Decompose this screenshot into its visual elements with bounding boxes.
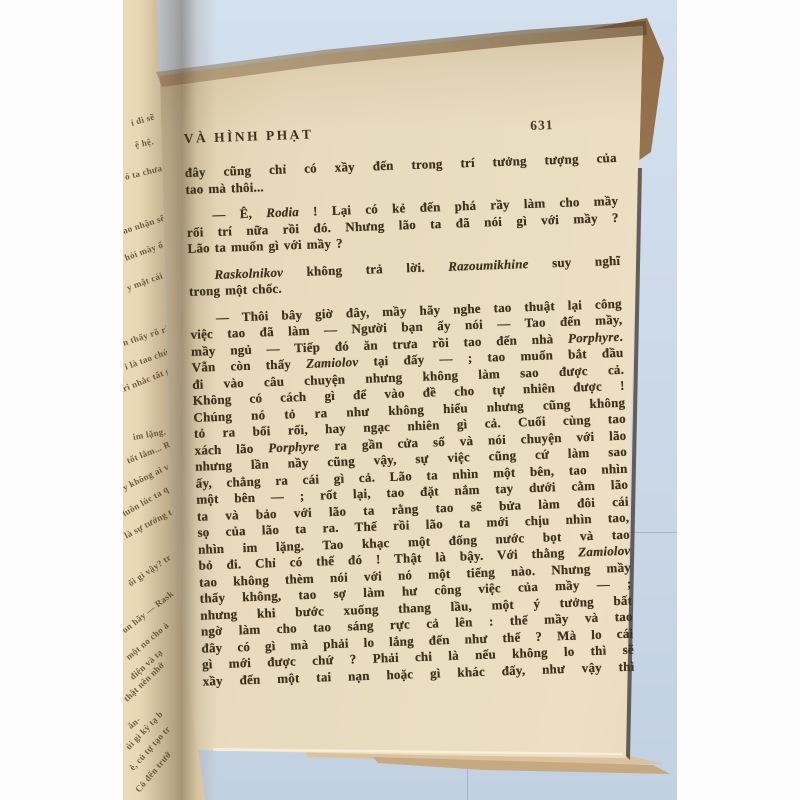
body-text: đây cũng chỉ có xầy đến trong trí tưởng … [185, 150, 635, 700]
text-segment: — Ê, [212, 205, 266, 222]
italic-name: Raskolnikov [214, 264, 283, 281]
text-segment: trong một chốc. [189, 281, 282, 299]
running-header-title: VÀ HÌNH PHẠT [183, 126, 313, 146]
italic-name: Zamiolov [578, 543, 631, 560]
page-number: 631 [530, 117, 554, 134]
paragraph: Raskolnikov không trả lời. Razoumikhine … [188, 252, 621, 300]
italic-name: Rodia [266, 204, 299, 220]
text-segment: suy nghĩ [528, 252, 620, 270]
italic-name: Razoumikhine [448, 256, 529, 274]
italic-name: Zamiolov [306, 354, 359, 371]
text-segment: . [619, 328, 623, 343]
text-segment: xách lão [194, 440, 268, 458]
book-photo-scan: ỉ đi sẽệ hệ.ó ta chưaao nhận sẽ khỏi mày… [0, 0, 800, 800]
paragraph: — Thôi bây giờ đây, mầy hãy nghe tao thu… [190, 295, 635, 689]
text-segment: tao mà thôi... [185, 179, 264, 197]
photo-background: ỉ đi sẽệ hệ.ó ta chưaao nhận sẽ khỏi mày… [123, 0, 677, 800]
italic-name: Porphyre [268, 438, 320, 455]
paragraph: — Ê, Rodia ! Lại có kẻ đến phá rầy làm c… [186, 193, 619, 258]
italic-name: Porphyre [568, 328, 620, 345]
